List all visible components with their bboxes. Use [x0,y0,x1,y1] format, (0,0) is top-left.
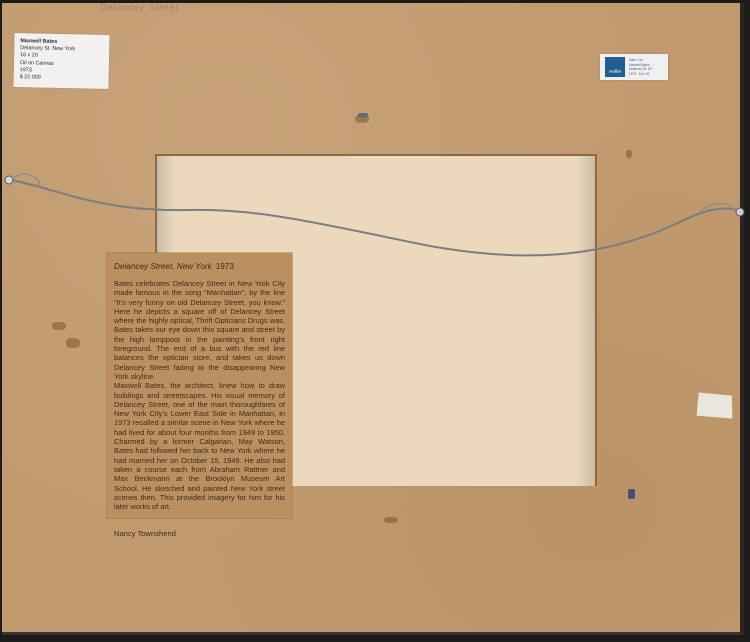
label-price: $ 22 000 [20,74,103,83]
note-title: Delancey Street, New York [114,262,212,271]
heffel-sticker: Heffel Sale / Lot Maxwell Bates Delancey… [600,54,668,80]
pencil-inscription: Delancey Street [100,2,179,12]
heffel-sticker-text: Sale / Lot Maxwell Bates Delancey St. NY… [629,58,652,76]
artist-label: Maxwell Bates Delancey St. New York 16 x… [13,33,109,89]
nail-mark [628,489,635,499]
tear-mark [384,517,398,523]
note-author: Nancy Townshend [114,529,285,538]
note-body: Bates celebrates Delancey Street in New … [114,279,285,511]
nail-mark [358,113,368,117]
heffel-logo: Heffel [605,57,625,77]
heffel-line: Delancey St. NY [629,67,652,72]
note-year: 1973 [216,262,234,271]
tear-mark [52,322,66,330]
opening-shadow-right [577,156,595,486]
note-title-row: Delancey Street, New York1973 [114,262,285,271]
artwork-note-card: Delancey Street, New York1973 Bates cele… [107,253,292,518]
tear-mark [66,338,80,348]
tear-mark [626,150,632,158]
heffel-line: 1973 · 16 x 20 [629,72,652,77]
